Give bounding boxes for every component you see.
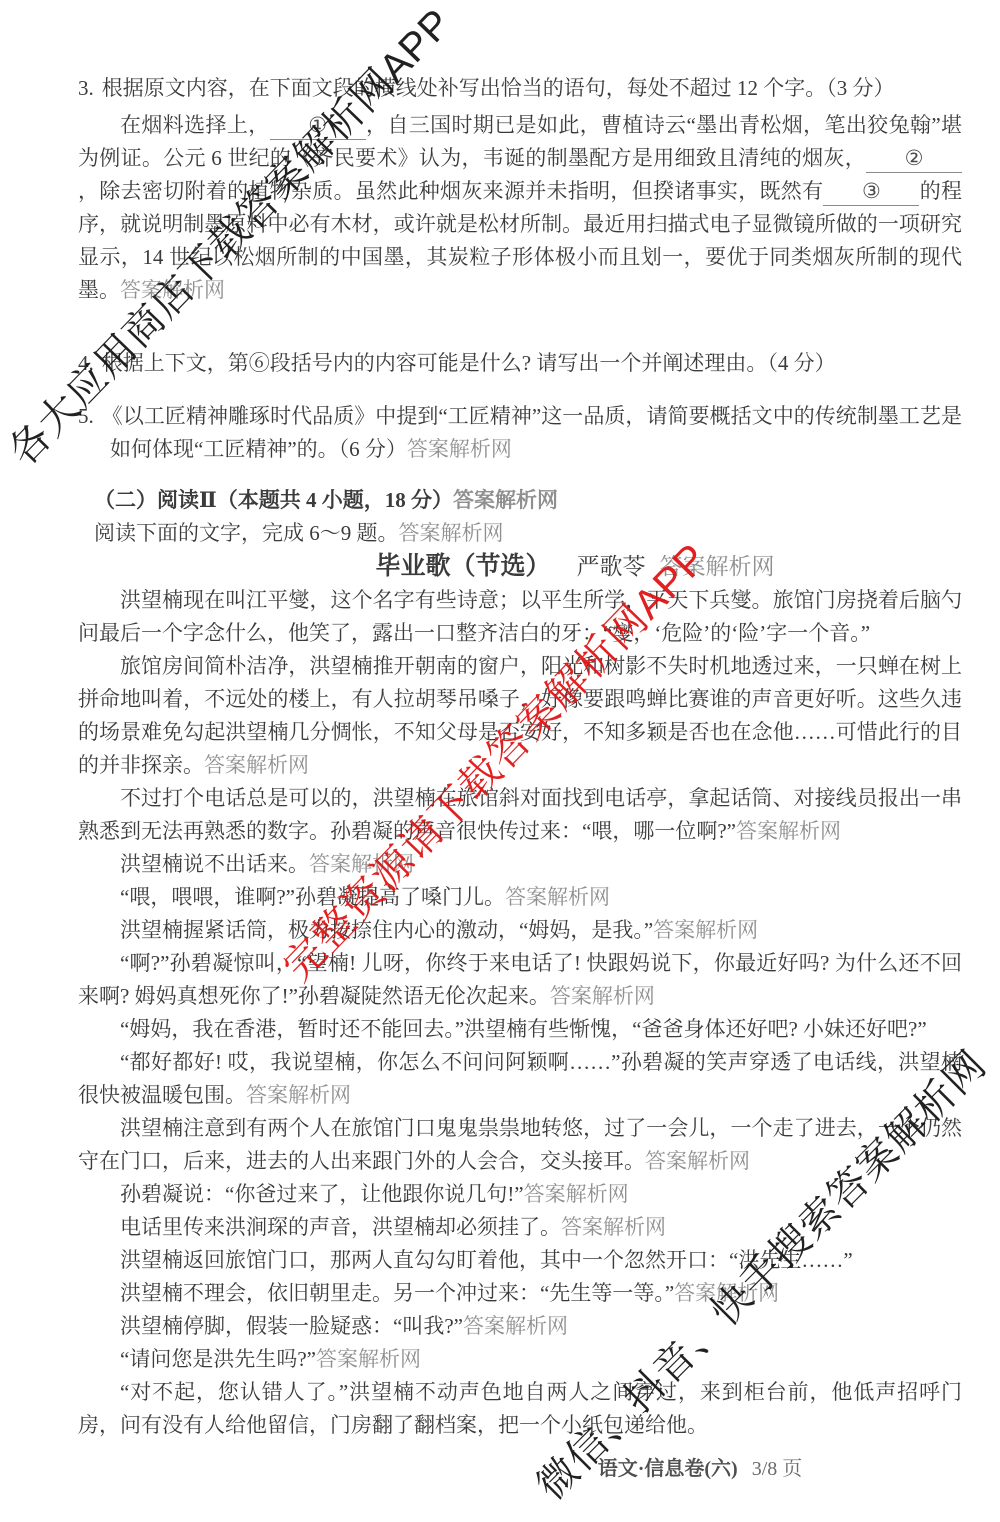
- story-paragraph: 不过打个电话总是可以的，洪望楠在旅馆斜对面找到电话亭，拿起话筒、对接线员报出一串…: [78, 782, 962, 848]
- story-paragraph: “喂，喂喂，谁啊?”孙碧凝提高了嗓门儿。答案解析网: [78, 881, 962, 914]
- story-paragraph: “姆妈，我在香港，暂时还不能回去。”洪望楠有些惭愧，“爸爸身体还好吧? 小妹还好…: [78, 1013, 962, 1046]
- passage-title: 毕业歌（节选）严歌苓答案解析网: [78, 550, 962, 584]
- story-paragraph: “啊?”孙碧凝惊叫，“望楠! 儿呀，你终于来电话了! 快跟妈说下，你最近好吗? …: [78, 947, 962, 1013]
- section-heading: （二）阅读Ⅱ（本题共 4 小题，18 分）答案解析网: [78, 484, 962, 517]
- story-paragraph: 洪望楠说不出话来。答案解析网: [78, 848, 962, 881]
- inline-watermark-text: 答案解析网: [316, 1347, 421, 1371]
- story-paragraph: 洪望楠握紧话筒，极力按捺住内心的激动，“姆妈，是我。”答案解析网: [78, 914, 962, 947]
- inline-watermark-text: 答案解析网: [736, 819, 841, 843]
- passage-title-text: 毕业歌（节选）: [375, 553, 550, 580]
- story-paragraph: 洪望楠现在叫江平燮，这个名字有些诗意；以平生所学，平天下兵燮。旅馆门房挠着后脑勺…: [78, 584, 962, 650]
- answer-blank: ③: [823, 178, 919, 206]
- question-item: 3.根据原文内容，在下面文段的横线处补写出恰当的语句，每处不超过 12 个字。（…: [78, 72, 962, 105]
- inline-watermark-text: 答案解析网: [399, 521, 504, 545]
- inline-watermark-text: 答案解析网: [653, 918, 758, 942]
- exam-paper-page: 3.根据原文内容，在下面文段的横线处补写出恰当的语句，每处不超过 12 个字。（…: [0, 0, 1000, 1522]
- story-paragraph: 洪望楠返回旅馆门口，那两人直勾勾盯着他，其中一个忽然开口：“洪先生……”: [78, 1244, 962, 1277]
- inline-watermark-text: 答案解析网: [550, 984, 655, 1008]
- exam-title: 语文·信息卷(六): [598, 1458, 738, 1480]
- page-number: 3/8 页: [752, 1458, 803, 1480]
- answer-blank: ②: [866, 145, 962, 173]
- inline-watermark-text: 答案解析网: [204, 753, 309, 777]
- inline-watermark-text: 答案解析网: [561, 1215, 666, 1239]
- inline-watermark-text: 答案解析网: [505, 885, 610, 909]
- question-number: 3.: [78, 76, 94, 100]
- story-paragraph: “请问您是洪先生吗?”答案解析网: [78, 1343, 962, 1376]
- question-item: 4.根据上下文，第⑥段括号内的内容可能是什么? 请写出一个并阐述理由。（4 分）: [78, 347, 962, 380]
- story-paragraph: “都好都好! 哎，我说望楠，你怎么不问问阿颖啊……”孙碧凝的笑声穿透了电话线，洪…: [78, 1046, 962, 1112]
- instruction-line: 阅读下面的文字，完成 6～9 题。答案解析网: [78, 517, 962, 550]
- page-footer: 语文·信息卷(六)3/8 页: [598, 1452, 803, 1481]
- inline-watermark-text: 答案解析网: [524, 1182, 629, 1206]
- story-paragraph: “对不起，您认错人了。”洪望楠不动声色地自两人之间穿过，来到柜台前，他低声招呼门…: [78, 1376, 962, 1442]
- question-item: 5.《以工匠精神雕琢时代品质》中提到“工匠精神”这一品质，请简要概括文中的传统制…: [78, 400, 962, 466]
- inline-watermark-text: 答案解析网: [407, 437, 512, 461]
- inline-watermark-text: 答案解析网: [246, 1083, 351, 1107]
- inline-watermark-text: 答案解析网: [645, 1149, 750, 1173]
- inline-watermark-text: 答案解析网: [463, 1314, 568, 1338]
- story-paragraph: 洪望楠不理会，依旧朝里走。另一个冲过来：“先生等一等。”答案解析网: [78, 1277, 962, 1310]
- inline-watermark-text: 答案解析网: [453, 488, 558, 512]
- story-paragraph: 洪望楠停脚，假装一脸疑惑：“叫我?”答案解析网: [78, 1310, 962, 1343]
